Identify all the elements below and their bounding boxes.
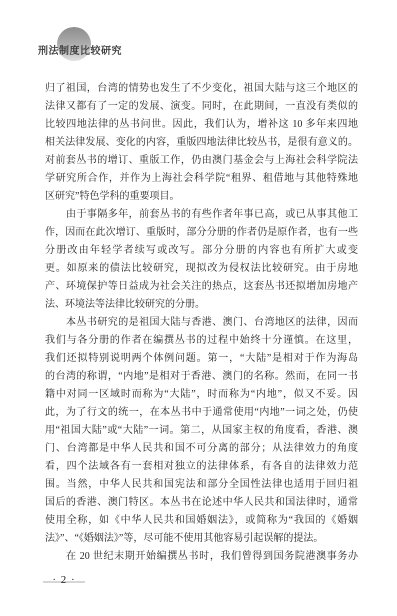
text-line: 我们还拟特别说明两个体例问题。第一，“大陆”是相对于作为海岛	[45, 350, 358, 368]
text-line: 籍中对同一区域时而称为“大陆”，时而称为“内地”，似又不妥。因	[45, 386, 358, 404]
text-line: 相关法律发展、变化的内容，重版四地法律比较丛书，是很有意义的。	[45, 134, 358, 152]
text-line: 法、环境法等法律比较研究的分册。	[45, 296, 358, 314]
text-line: 归了祖国，台湾的情势也发生了不少变化，祖国大陆与这三个地区的	[45, 80, 358, 98]
page-footer: · 2 ·	[44, 574, 84, 589]
body-text: 归了祖国，台湾的情势也发生了不少变化，祖国大陆与这三个地区的法律又都有了一定的发…	[45, 80, 358, 566]
page-number: · 2 ·	[44, 574, 84, 586]
text-line: 由于事隔多年，前套丛书的有些作者年事已高，或已从事其他工	[45, 206, 358, 224]
text-line: 学研究所合作，并作为上海社会科学院“租界、租借地与其他特殊地	[45, 170, 358, 188]
text-line: 比较四地法律的丛书问世。因此，我们认为，增补这 10 多年来四地	[45, 116, 358, 134]
book-title: 刑法制度比较研究	[38, 42, 122, 57]
text-line: 法律又都有了一定的发展、演变。同时，在此期间，一直没有类似的	[45, 98, 358, 116]
text-line: 用“祖国大陆”或“大陆”一词。第二，从国家主权的角度看，香港、澳	[45, 422, 358, 440]
text-line: 国后的香港、澳门特区。本丛书在论述中华人民共和国法律时，通常	[45, 494, 358, 512]
text-line: 的台湾的称谓，“内地”是相对于香港、澳门的名称。然而，在同一书	[45, 368, 358, 386]
text-line: 更。如原来的债法比较研究，现拟改为侵权法比较研究。由于房地	[45, 260, 358, 278]
text-line: 看，四个法域各有一套相对独立的法律体系，有各自的法律效力范	[45, 458, 358, 476]
book-page: 刑法制度比较研究 归了祖国，台湾的情势也发生了不少变化，祖国大陆与这三个地区的法…	[0, 0, 397, 616]
text-line: 我们与各分册的作者在编撰丛书的过程中始终十分谨慎。在这里，	[45, 332, 358, 350]
text-line: 对前套丛书的增订、重版工作，仍由澳门基金会与上海社会科学院法	[45, 152, 358, 170]
text-line: 门、台湾都是中华人民共和国不可分离的部分；从法律效力的角度	[45, 440, 358, 458]
text-line: 分册改由年轻学者续写或改写。部分分册的内容也有所扩大或变	[45, 242, 358, 260]
text-line: 在 20 世纪末期开始编撰丛书时，我们曾得到国务院港澳事务办	[45, 548, 358, 566]
text-line: 使用全称，如《中华人民共和国婚姻法》，或简称为“我国的《婚姻	[45, 512, 358, 530]
running-header: 刑法制度比较研究	[38, 27, 198, 63]
text-line: 法》”、“《婚姻法》”等，尽可能不使用其他容易引起误解的提法。	[45, 530, 358, 548]
text-line: 本丛书研究的是祖国大陆与香港、澳门、台湾地区的法律，因而	[45, 314, 358, 332]
text-line: 产、环境保护等日益成为社会关注的热点，这套丛书还拟增加房地产	[45, 278, 358, 296]
text-line: 此，为了行文的统一，在本丛书中于通常使用“内地”一词之处，仍使	[45, 404, 358, 422]
text-line: 作，因而在此次增订、重版时，部分分册的作者仍是原作者，也有一些	[45, 224, 358, 242]
text-line: 区研究”特色学科的重要项目。	[45, 188, 358, 206]
text-line: 围。当然，中华人民共和国宪法和部分全国性法律也适用于回归祖	[45, 476, 358, 494]
